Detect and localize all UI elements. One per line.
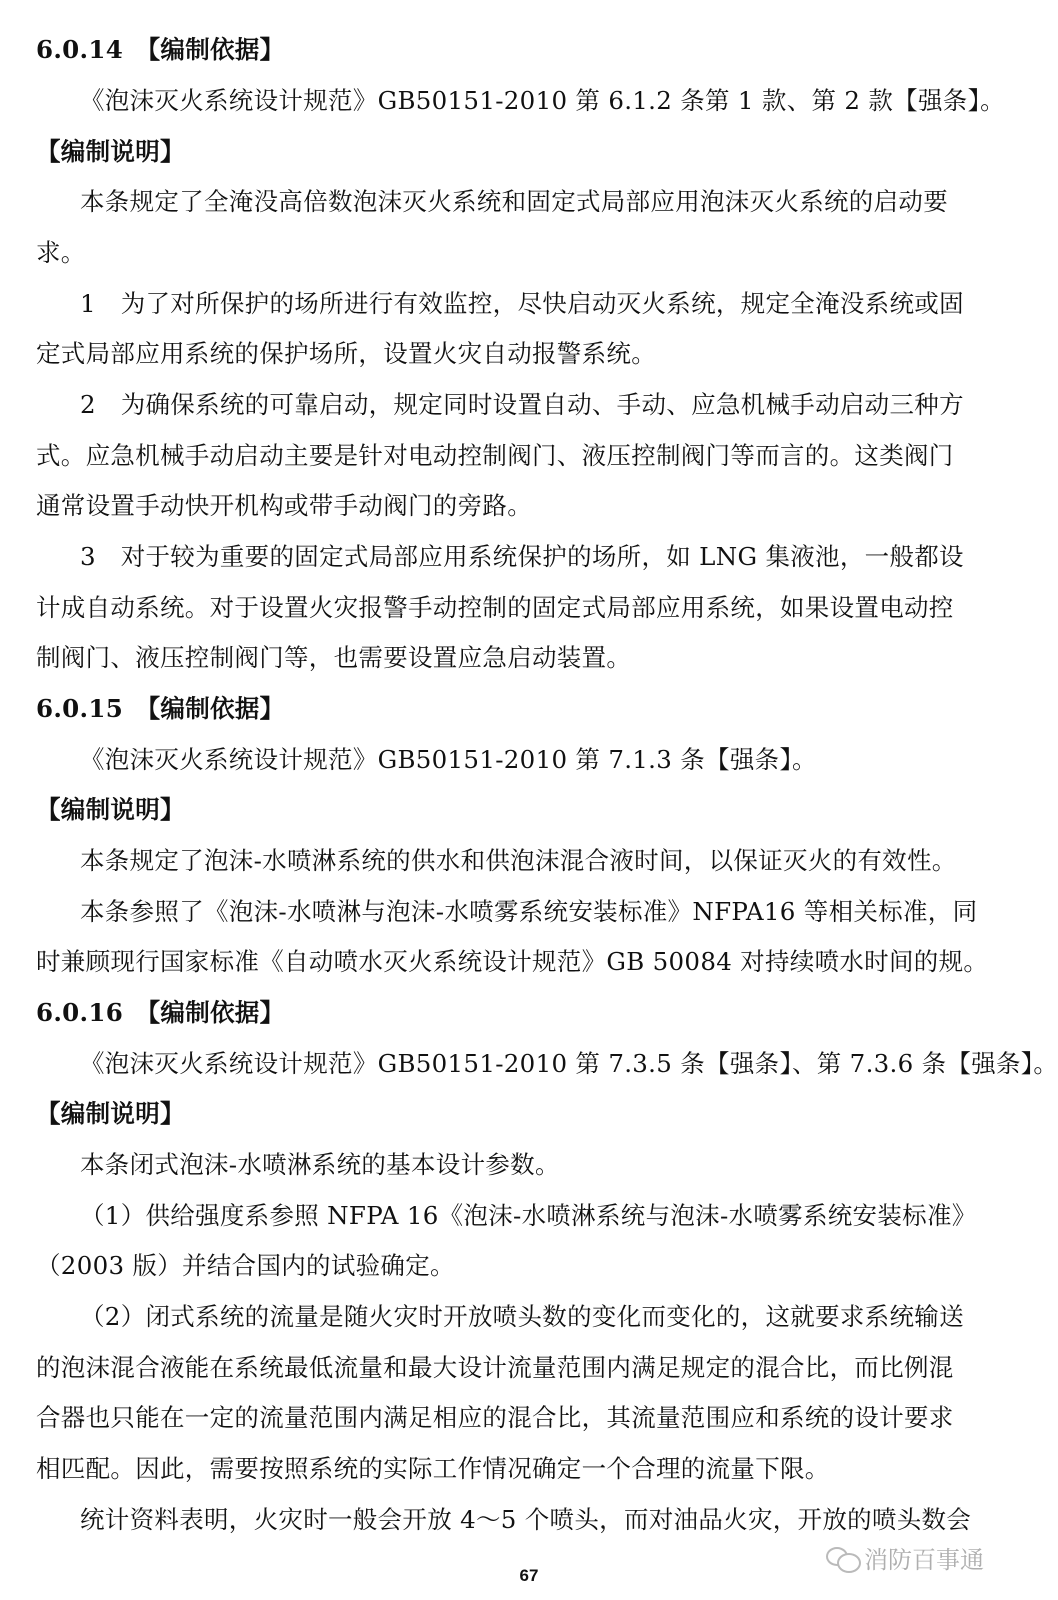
text-line-s15-basis: 《泡沫灭火系统设计规范》GB50151-2010 第 7.1.3 条【强条】。 <box>80 745 817 775</box>
text-line-s16-note-head: 【编制说明】 <box>36 1099 185 1129</box>
text-line-s14-basis: 《泡沫灭火系统设计规范》GB50151-2010 第 6.1.2 条第 1 款、… <box>80 86 1005 116</box>
text-line-s14-i3c: 制阀门、液压控制阀门等，也需要设置应急启动装置。 <box>36 643 631 673</box>
text-line-s14-i3b: 计成自动系统。对于设置火灾报警手动控制的固定式局部应用系统，如果设置电动控 <box>36 593 954 623</box>
text-line-s16-i1b: （2003 版）并结合国内的试验确定。 <box>36 1251 455 1281</box>
text-line-s15-p2a: 本条参照了《泡沫-水喷淋与泡沫-水喷雾系统安装标准》NFPA16 等相关标准，同 <box>80 897 977 927</box>
text-line-s14-i1b: 定式局部应用系统的保护场所，设置火灾自动报警系统。 <box>36 339 656 369</box>
text-line-s14-i2a: 2 为确保系统的可靠启动，规定同时设置自动、手动、应急机械手动启动三种方 <box>80 390 964 420</box>
text-line-s16-i2d: 相匹配。因此，需要按照系统的实际工作情况确定一个合理的流量下限。 <box>36 1454 830 1484</box>
text-line-s16-i2b: 的泡沫混合液能在系统最低流量和最大设计流量范围内满足规定的混合比，而比例混 <box>36 1353 954 1383</box>
text-line-s16-i2c: 合器也只能在一定的流量范围内满足相应的混合比，其流量范围应和系统的设计要求 <box>36 1403 954 1433</box>
text-line-s16-i1a: （1）供给强度系参照 NFPA 16《泡沫-水喷淋系统与泡沫-水喷雾系统安装标准… <box>80 1201 977 1231</box>
text-line-s14-head: 6.0.14 【编制依据】 <box>36 35 284 65</box>
text-line-s14-i2c: 通常设置手动快开机构或带手动阀门的旁路。 <box>36 491 532 521</box>
text-line-s15-p1: 本条规定了泡沫-水喷淋系统的供水和供泡沫混合液时间，以保证灭火的有效性。 <box>80 846 957 876</box>
text-line-s15-note-head: 【编制说明】 <box>36 795 185 825</box>
text-line-s16-i2a: （2）闭式系统的流量是随火灾时开放喷头数的变化而变化的，这就要求系统输送 <box>80 1302 964 1332</box>
text-line-s14-note-head: 【编制说明】 <box>36 137 185 167</box>
text-line-s15-head: 6.0.15 【编制依据】 <box>36 694 284 724</box>
text-line-s14-p1b: 求。 <box>36 238 86 268</box>
text-line-s15-p2b: 时兼顾现行国家标准《自动喷水灭火系统设计规范》GB 50084 对持续喷水时间的… <box>36 947 988 977</box>
text-line-s14-i1a: 1 为了对所保护的场所进行有效监控，尽快启动灭火系统，规定全淹没系统或固 <box>80 289 964 319</box>
text-line-s14-p1a: 本条规定了全淹没高倍数泡沫灭火系统和固定式局部应用泡沫灭火系统的启动要 <box>80 187 948 217</box>
text-line-s16-p1: 本条闭式泡沫-水喷淋系统的基本设计参数。 <box>80 1150 560 1180</box>
text-line-s16-p3: 统计资料表明，火灾时一般会开放 4～5 个喷头，而对油品火灾，开放的喷头数会 <box>80 1505 971 1535</box>
page-number: 67 <box>0 1566 1058 1586</box>
text-line-s14-i3a: 3 对于较为重要的固定式局部应用系统保护的场所，如 LNG 集液池，一般都设 <box>80 542 964 572</box>
text-line-s14-i2b: 式。应急机械手动启动主要是针对电动控制阀门、液压控制阀门等而言的。这类阀门 <box>36 441 954 471</box>
text-line-s16-head: 6.0.16 【编制依据】 <box>36 998 284 1028</box>
text-line-s16-basis: 《泡沫灭火系统设计规范》GB50151-2010 第 7.3.5 条【强条】、第… <box>80 1049 1058 1079</box>
